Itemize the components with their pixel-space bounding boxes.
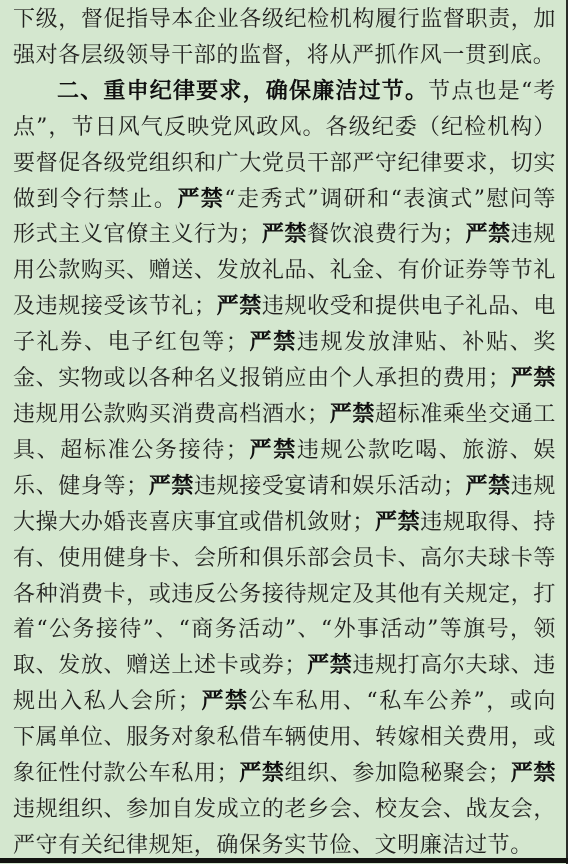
text-run: 餐饮浪费行为； xyxy=(307,222,465,247)
emphasis-run: 二、重申纪律要求，确保廉洁过节。 xyxy=(57,78,428,104)
emphasis-run: 严禁 xyxy=(201,688,249,714)
emphasis-run: 严禁 xyxy=(262,221,307,247)
text-run: 违规用公款购买消费高档酒水； xyxy=(13,402,330,427)
emphasis-run: 严禁 xyxy=(239,760,284,786)
emphasis-run: 严禁 xyxy=(330,401,375,427)
text-run: 组织、参加隐秘聚会； xyxy=(285,761,511,786)
emphasis-run: 严禁 xyxy=(248,329,296,355)
document-page: 下级，督促指导本企业各级纪检机构履行监督职责，加强对各层级领导干部的监督，将从严… xyxy=(0,0,568,864)
text-run: 下级，督促指导本企业各级纪检机构履行监督职责，加强对各层级领导干部的监督，将从严… xyxy=(13,7,556,68)
emphasis-run: 严禁 xyxy=(466,473,511,499)
emphasis-run: 严禁 xyxy=(307,652,352,678)
emphasis-run: 严禁 xyxy=(217,293,262,319)
emphasis-run: 严禁 xyxy=(511,760,556,786)
text-run: 违规组织、参加自发成立的老乡会、校友会、战友会，严守有关纪律规矩，确保务实节俭、… xyxy=(13,797,556,858)
emphasis-run: 严禁 xyxy=(375,509,420,535)
emphasis-run: 严禁 xyxy=(248,437,296,463)
paragraph: 二、重申纪律要求，确保廉洁过节。节点也是“考点”，节日风气反映党风政风。各级纪委… xyxy=(13,74,556,864)
scan-edge-bottom xyxy=(0,858,568,863)
emphasis-run: 严禁 xyxy=(466,221,511,247)
emphasis-run: 严禁 xyxy=(177,186,224,212)
paragraph: 下级，督促指导本企业各级纪检机构履行监督职责，加强对各层级领导干部的监督，将从严… xyxy=(13,2,556,74)
emphasis-run: 严禁 xyxy=(149,473,194,499)
document-text: 下级，督促指导本企业各级纪检机构履行监督职责，加强对各层级领导干部的监督，将从严… xyxy=(13,2,556,864)
text-run: 违规接受宴请和娱乐活动； xyxy=(194,474,465,499)
emphasis-run: 严禁 xyxy=(511,365,556,391)
